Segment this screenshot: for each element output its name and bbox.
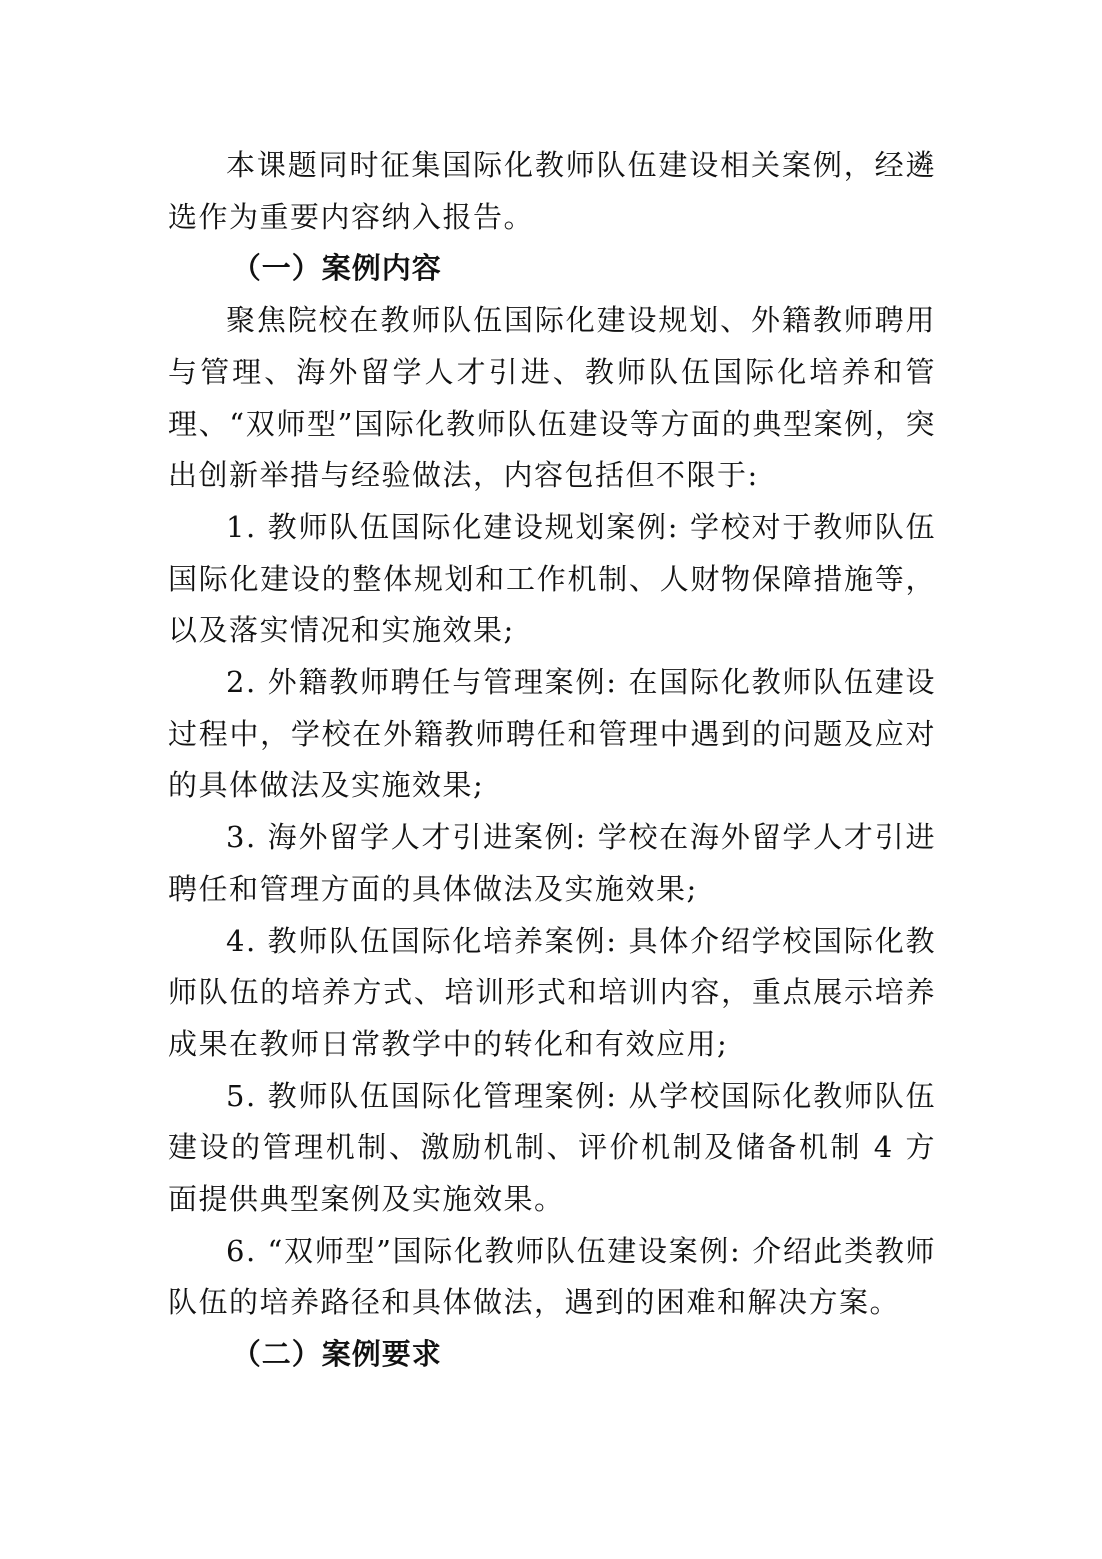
section-heading-case-requirements: （二）案例要求 bbox=[168, 1329, 936, 1381]
list-item-3: 3. 海外留学人才引进案例: 学校在海外留学人才引进聘任和管理方面的具体做法及实… bbox=[168, 812, 936, 915]
list-item-1: 1. 教师队伍国际化建设规划案例: 学校对于教师队伍国际化建设的整体规划和工作机… bbox=[168, 502, 936, 657]
list-item-5: 5. 教师队伍国际化管理案例: 从学校国际化教师队伍建设的管理机制、激励机制、评… bbox=[168, 1071, 936, 1226]
document-page: 本课题同时征集国际化教师队伍建设相关案例，经遴选作为重要内容纳入报告。 （一）案… bbox=[168, 140, 936, 1381]
list-item-6: 6. “双师型”国际化教师队伍建设案例: 介绍此类教师队伍的培养路径和具体做法，… bbox=[168, 1226, 936, 1329]
list-item-4: 4. 教师队伍国际化培养案例: 具体介绍学校国际化教师队伍的培养方式、培训形式和… bbox=[168, 916, 936, 1071]
section-heading-case-content: （一）案例内容 bbox=[168, 243, 936, 295]
list-item-2: 2. 外籍教师聘任与管理案例: 在国际化教师队伍建设过程中，学校在外籍教师聘任和… bbox=[168, 657, 936, 812]
lead-paragraph: 聚焦院校在教师队伍国际化建设规划、外籍教师聘用与管理、海外留学人才引进、教师队伍… bbox=[168, 295, 936, 502]
intro-paragraph: 本课题同时征集国际化教师队伍建设相关案例，经遴选作为重要内容纳入报告。 bbox=[168, 140, 936, 243]
